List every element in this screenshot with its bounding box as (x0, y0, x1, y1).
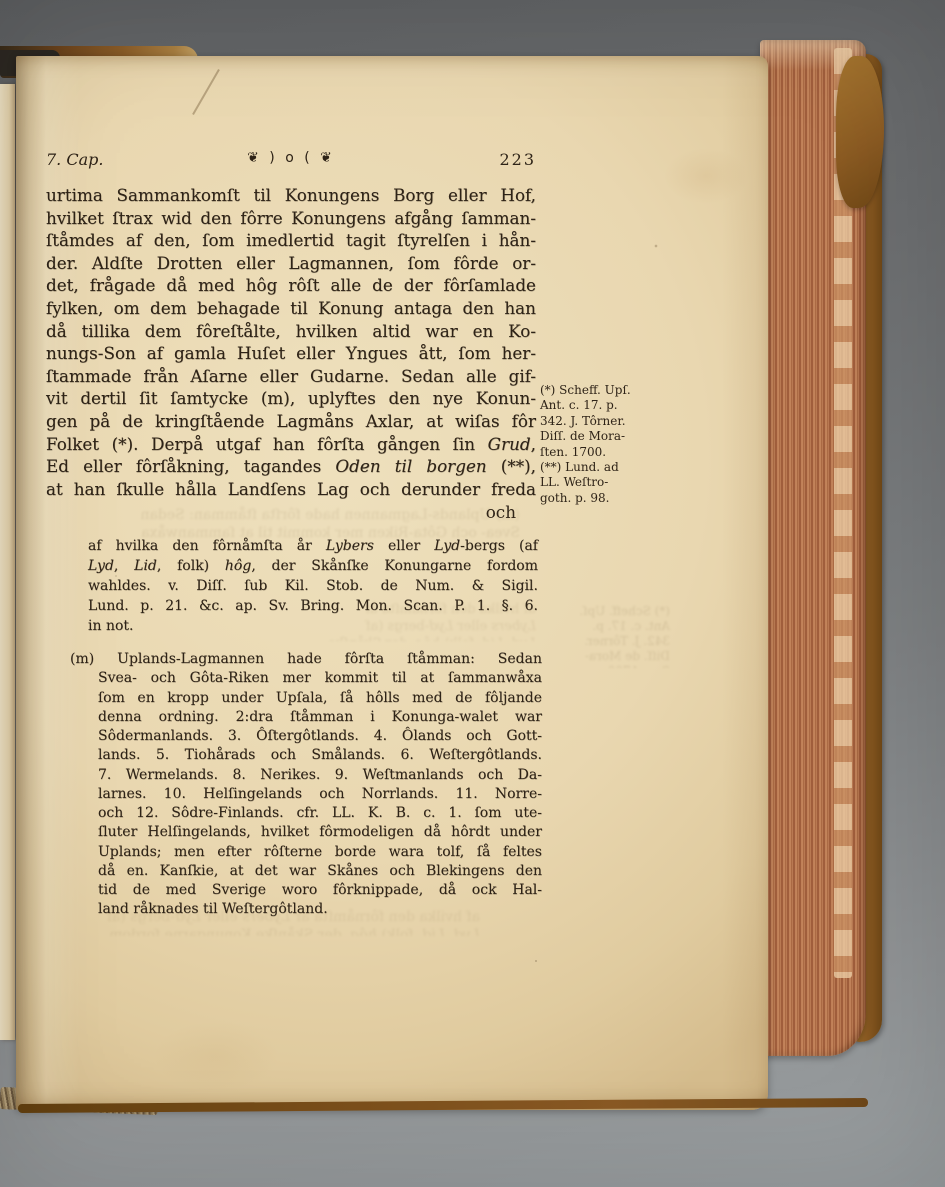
text-line: goth. p. 98. (540, 491, 664, 506)
text-line: (**) Lund. ad (540, 460, 664, 475)
text-line: det, frågade då med hôg rôſt alle de der… (46, 274, 536, 297)
text-line: ſten. 1700. (540, 445, 664, 460)
text-line: Ant. c. 17. p. (540, 398, 664, 413)
footnote-m: (m) Uplands-Lagmannen hade fôrſta ſtåmma… (70, 650, 542, 920)
text-line: ſtammade från Aſarne eller Gudarne. Seda… (46, 365, 536, 388)
text-line: nungs-Son af gamla Huſet eller Yngues åt… (46, 342, 536, 365)
text-line: Sôdermanlands. 3. Ôſtergôtlands. 4. Ôlan… (98, 727, 542, 746)
photo-background: 7. Cap. ❦ ) o ( ❦ 223 urtima Sammankomſt… (0, 0, 945, 1187)
text-line: at han ſkulle hålla Landſens Lag och der… (46, 478, 536, 501)
header-ornament: ❦ ) o ( ❦ (46, 150, 536, 166)
page-number: 223 (499, 150, 536, 169)
text-line: wahldes. v. Diſſ. ſub Kil. Stob. de Num.… (88, 576, 538, 596)
catchword: och (46, 502, 516, 522)
text-line: (m) Uplands-Lagmannen hade fôrſta ſtåmma… (70, 650, 542, 669)
text-line: der. Aldſte Drotten eller Lagmannen, ſom… (46, 252, 536, 275)
text-line: Lyd, Lid, folk) hôg, der Skånſke Konunga… (50, 926, 480, 936)
book-page: 7. Cap. ❦ ) o ( ❦ 223 urtima Sammankomſt… (16, 56, 768, 1110)
fleuron-left-icon: ❦ (247, 150, 262, 166)
facing-page-sliver (0, 84, 15, 1040)
text-line: denna ordning. 2:dra ſtåmman i Konunga-w… (98, 708, 542, 727)
text-line: 342. J. Tôrner. (540, 414, 664, 429)
ornament-center: ) o ( (269, 150, 312, 166)
text-line: Folket (*). Derpå utgaf han fôrſta gånge… (46, 433, 536, 456)
text-line: vit dertil ſit ſamtycke (m), uplyftes de… (46, 387, 536, 410)
text-line: (*) Scheff. Upſ. (540, 383, 664, 398)
text-line: Lund. p. 21. &c. ap. Sv. Bring. Mon. Sca… (88, 596, 538, 616)
text-line: lands. 5. Tiohårads och Smålands. 6. Weſ… (98, 746, 542, 765)
text-line: af hvilka den fôrnåmſta år Lybers eller … (88, 536, 538, 556)
body-text: urtima Sammankomſt til Konungens Borg el… (46, 184, 536, 500)
text-line: Svea- och Gôta-Riken mer kommit til at ſ… (98, 669, 542, 688)
text-line: ſom en kropp under Upſala, ſå hôlls med … (98, 689, 542, 708)
text-line: fylken, om dem behagade til Konung antag… (46, 297, 536, 320)
page-header: 7. Cap. ❦ ) o ( ❦ 223 (46, 150, 536, 176)
text-line: in not. (88, 616, 538, 636)
text-line: 7. Wermelands. 8. Nerikes. 9. Weſtmanlan… (98, 766, 542, 785)
text-line: tid de med Sverige woro fôrknippade, då … (98, 881, 542, 900)
text-line: Diſſ. de Mora- (540, 429, 664, 444)
text-line: 342. J. Tôrner. (540, 634, 670, 649)
text-line: hvilket ſtrax wid den fôrre Konungens af… (46, 207, 536, 230)
fleuron-right-icon: ❦ (320, 150, 335, 166)
text-line: och 12. Sôdre-Finlands. cfr. LL. K. B. c… (98, 804, 542, 823)
text-line: urtima Sammankomſt til Konungens Borg el… (46, 184, 536, 207)
text-line: Uplands; men efter rôſterne borde wara t… (98, 843, 542, 862)
text-line: ſluter Helſingelands, hvilket fôrmodelig… (98, 823, 542, 842)
text-line: Ant. c. 17. p. (540, 619, 670, 634)
footnote-continuation: af hvilka den fôrnåmſta år Lybers eller … (88, 536, 538, 636)
text-line: Ed eller fôrſåkning, tagandes Oden til b… (46, 455, 536, 478)
text-line: larnes. 10. Helſingelands och Norrlands.… (98, 785, 542, 804)
text-line: land råknades til Weſtergôtland. (98, 900, 542, 919)
text-line: ſtåmdes af den, ſom imedlertid tagit ſty… (46, 229, 536, 252)
text-line: ſten. 1700. (540, 664, 670, 668)
text-line: LL. Weſtro- (540, 475, 664, 490)
margin-note: (*) Scheff. Upſ.Ant. c. 17. p.342. J. Tô… (540, 383, 664, 506)
text-line: då tillika dem fôreſtålte, hvilken altid… (46, 320, 536, 343)
text-line: Diſſ. de Mora- (540, 649, 670, 664)
text-line: då en. Kanſkie, at det war Skånes och Bl… (98, 862, 542, 881)
text-line: gen på de kringſtående Lagmåns Axlar, at… (46, 410, 536, 433)
show-through-margin: (*) Scheff. Upſ.Ant. c. 17. p.342. J. Tô… (540, 604, 670, 668)
text-line: (*) Scheff. Upſ. (540, 604, 670, 619)
text-line: Lyd, Lid, folk) hôg, der Skånſke Konunga… (88, 556, 538, 576)
